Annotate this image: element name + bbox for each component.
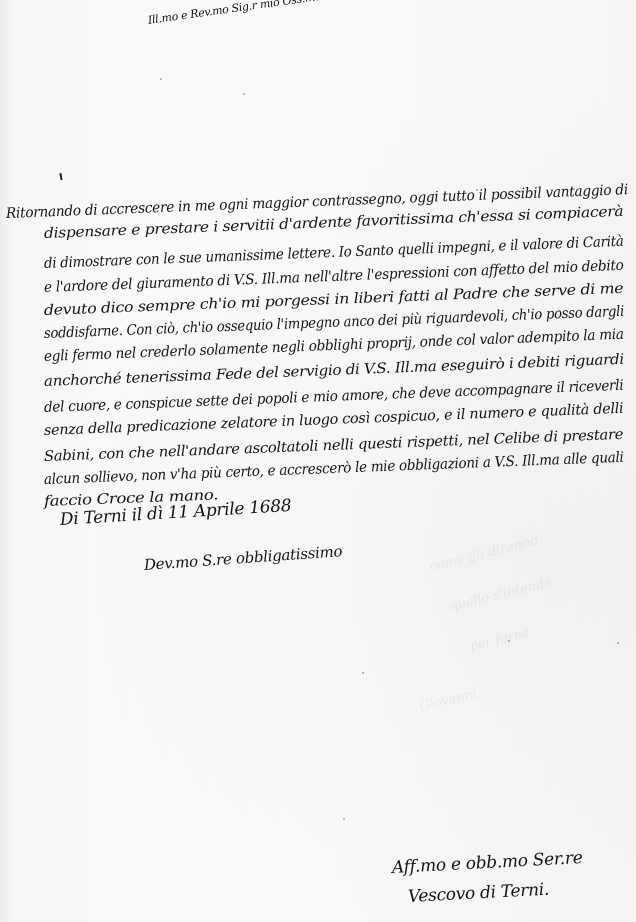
bleed-through-text: quello s'intende (448, 575, 553, 615)
paper-speck (362, 672, 364, 674)
closing-signature: Vescovo di Terni. (407, 880, 549, 907)
closing-salutation: Aff.mo e obb.mo Ser.re (391, 848, 582, 878)
paper-speck (243, 93, 245, 95)
ink-mark (59, 173, 62, 180)
letter-heading: Ill.mo e Rev.mo Sig.r mio Oss.mo (147, 0, 322, 27)
manuscript-page: come gli diranno quello s'intende per fa… (0, 0, 636, 922)
paper-speck (160, 78, 162, 80)
bleed-through-text: come gli diranno (428, 533, 539, 574)
bleed-through-text: Giovanni (418, 686, 478, 715)
bleed-through-text: per farne (468, 625, 531, 654)
paper-speck (343, 818, 345, 820)
signature-line: Dev.mo S.re obbligatissimo (143, 542, 342, 574)
paper-speck (508, 640, 510, 642)
paper-speck (617, 642, 619, 644)
